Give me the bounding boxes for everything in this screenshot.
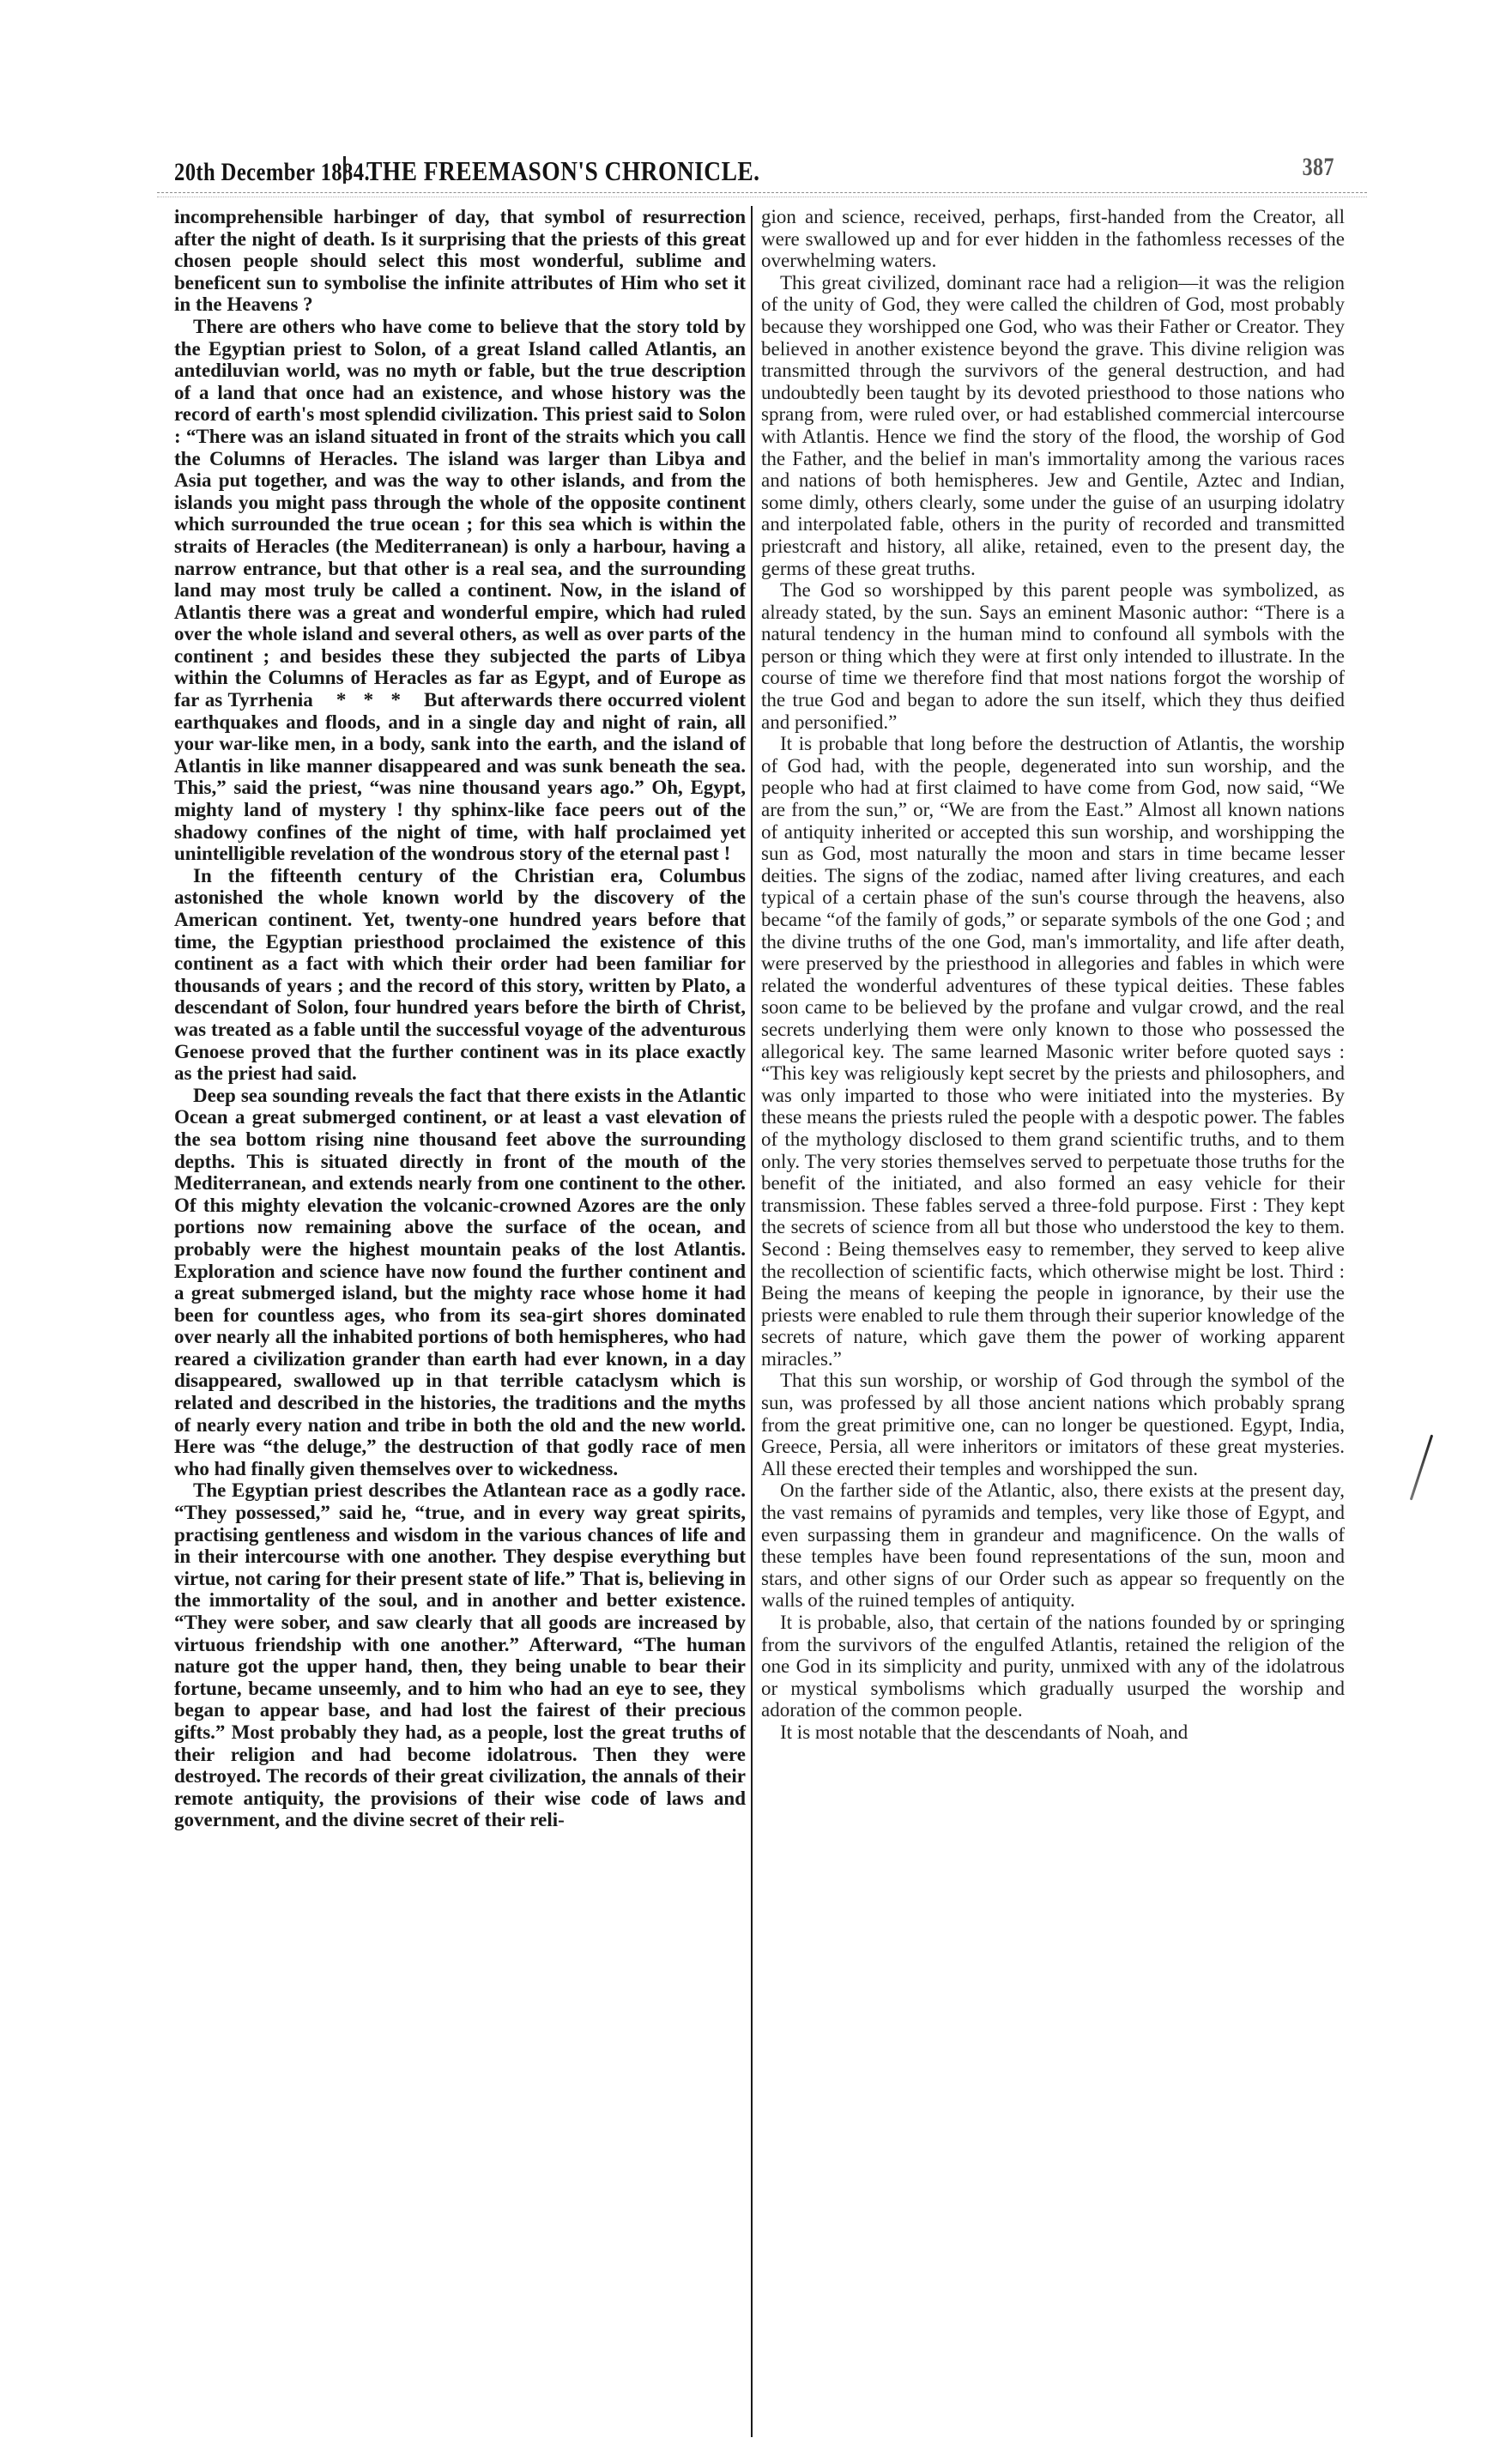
paragraph: It is probable, also, that certain of th…: [761, 1612, 1345, 1721]
paragraph: The Egyptian priest describes the Atlant…: [174, 1479, 746, 1831]
publication-title: THE FREEMASON'S CHRONICLE.: [366, 155, 957, 187]
header-rule-secondary: [157, 197, 1367, 197]
header-rule: [157, 192, 1367, 193]
newspaper-page: 20th December 1884. THE FREEMASON'S CHRO…: [174, 0, 1358, 2444]
right-column: gion and science, received, perhaps, fir…: [761, 206, 1345, 1744]
margin-pencil-mark: [1410, 1434, 1434, 1500]
paragraph: The God so worshipped by this parent peo…: [761, 579, 1345, 733]
paragraph: Deep sea sounding reveals the fact that …: [174, 1085, 746, 1480]
masthead-separator: [343, 156, 346, 184]
paragraph: There are others who have come to believ…: [174, 316, 746, 865]
paragraph: gion and science, received, perhaps, fir…: [761, 206, 1345, 272]
paragraph: incomprehensible harbinger of day, that …: [174, 206, 746, 316]
paragraph: That this sun worship, or worship of God…: [761, 1370, 1345, 1479]
left-column: incomprehensible harbinger of day, that …: [174, 206, 746, 1831]
paragraph: It is most notable that the descendants …: [761, 1721, 1345, 1744]
paragraph: This great civilized, dominant race had …: [761, 272, 1345, 579]
column-divider: [751, 206, 753, 2437]
masthead: 20th December 1884. THE FREEMASON'S CHRO…: [174, 153, 1358, 187]
paragraph: In the fifteenth century of the Christia…: [174, 865, 746, 1085]
paragraph: On the farther side of the Atlantic, als…: [761, 1479, 1345, 1612]
issue-date: 20th December 1884.: [174, 158, 311, 187]
page-number: 387: [1302, 153, 1334, 182]
paragraph: It is probable that long before the dest…: [761, 733, 1345, 1370]
